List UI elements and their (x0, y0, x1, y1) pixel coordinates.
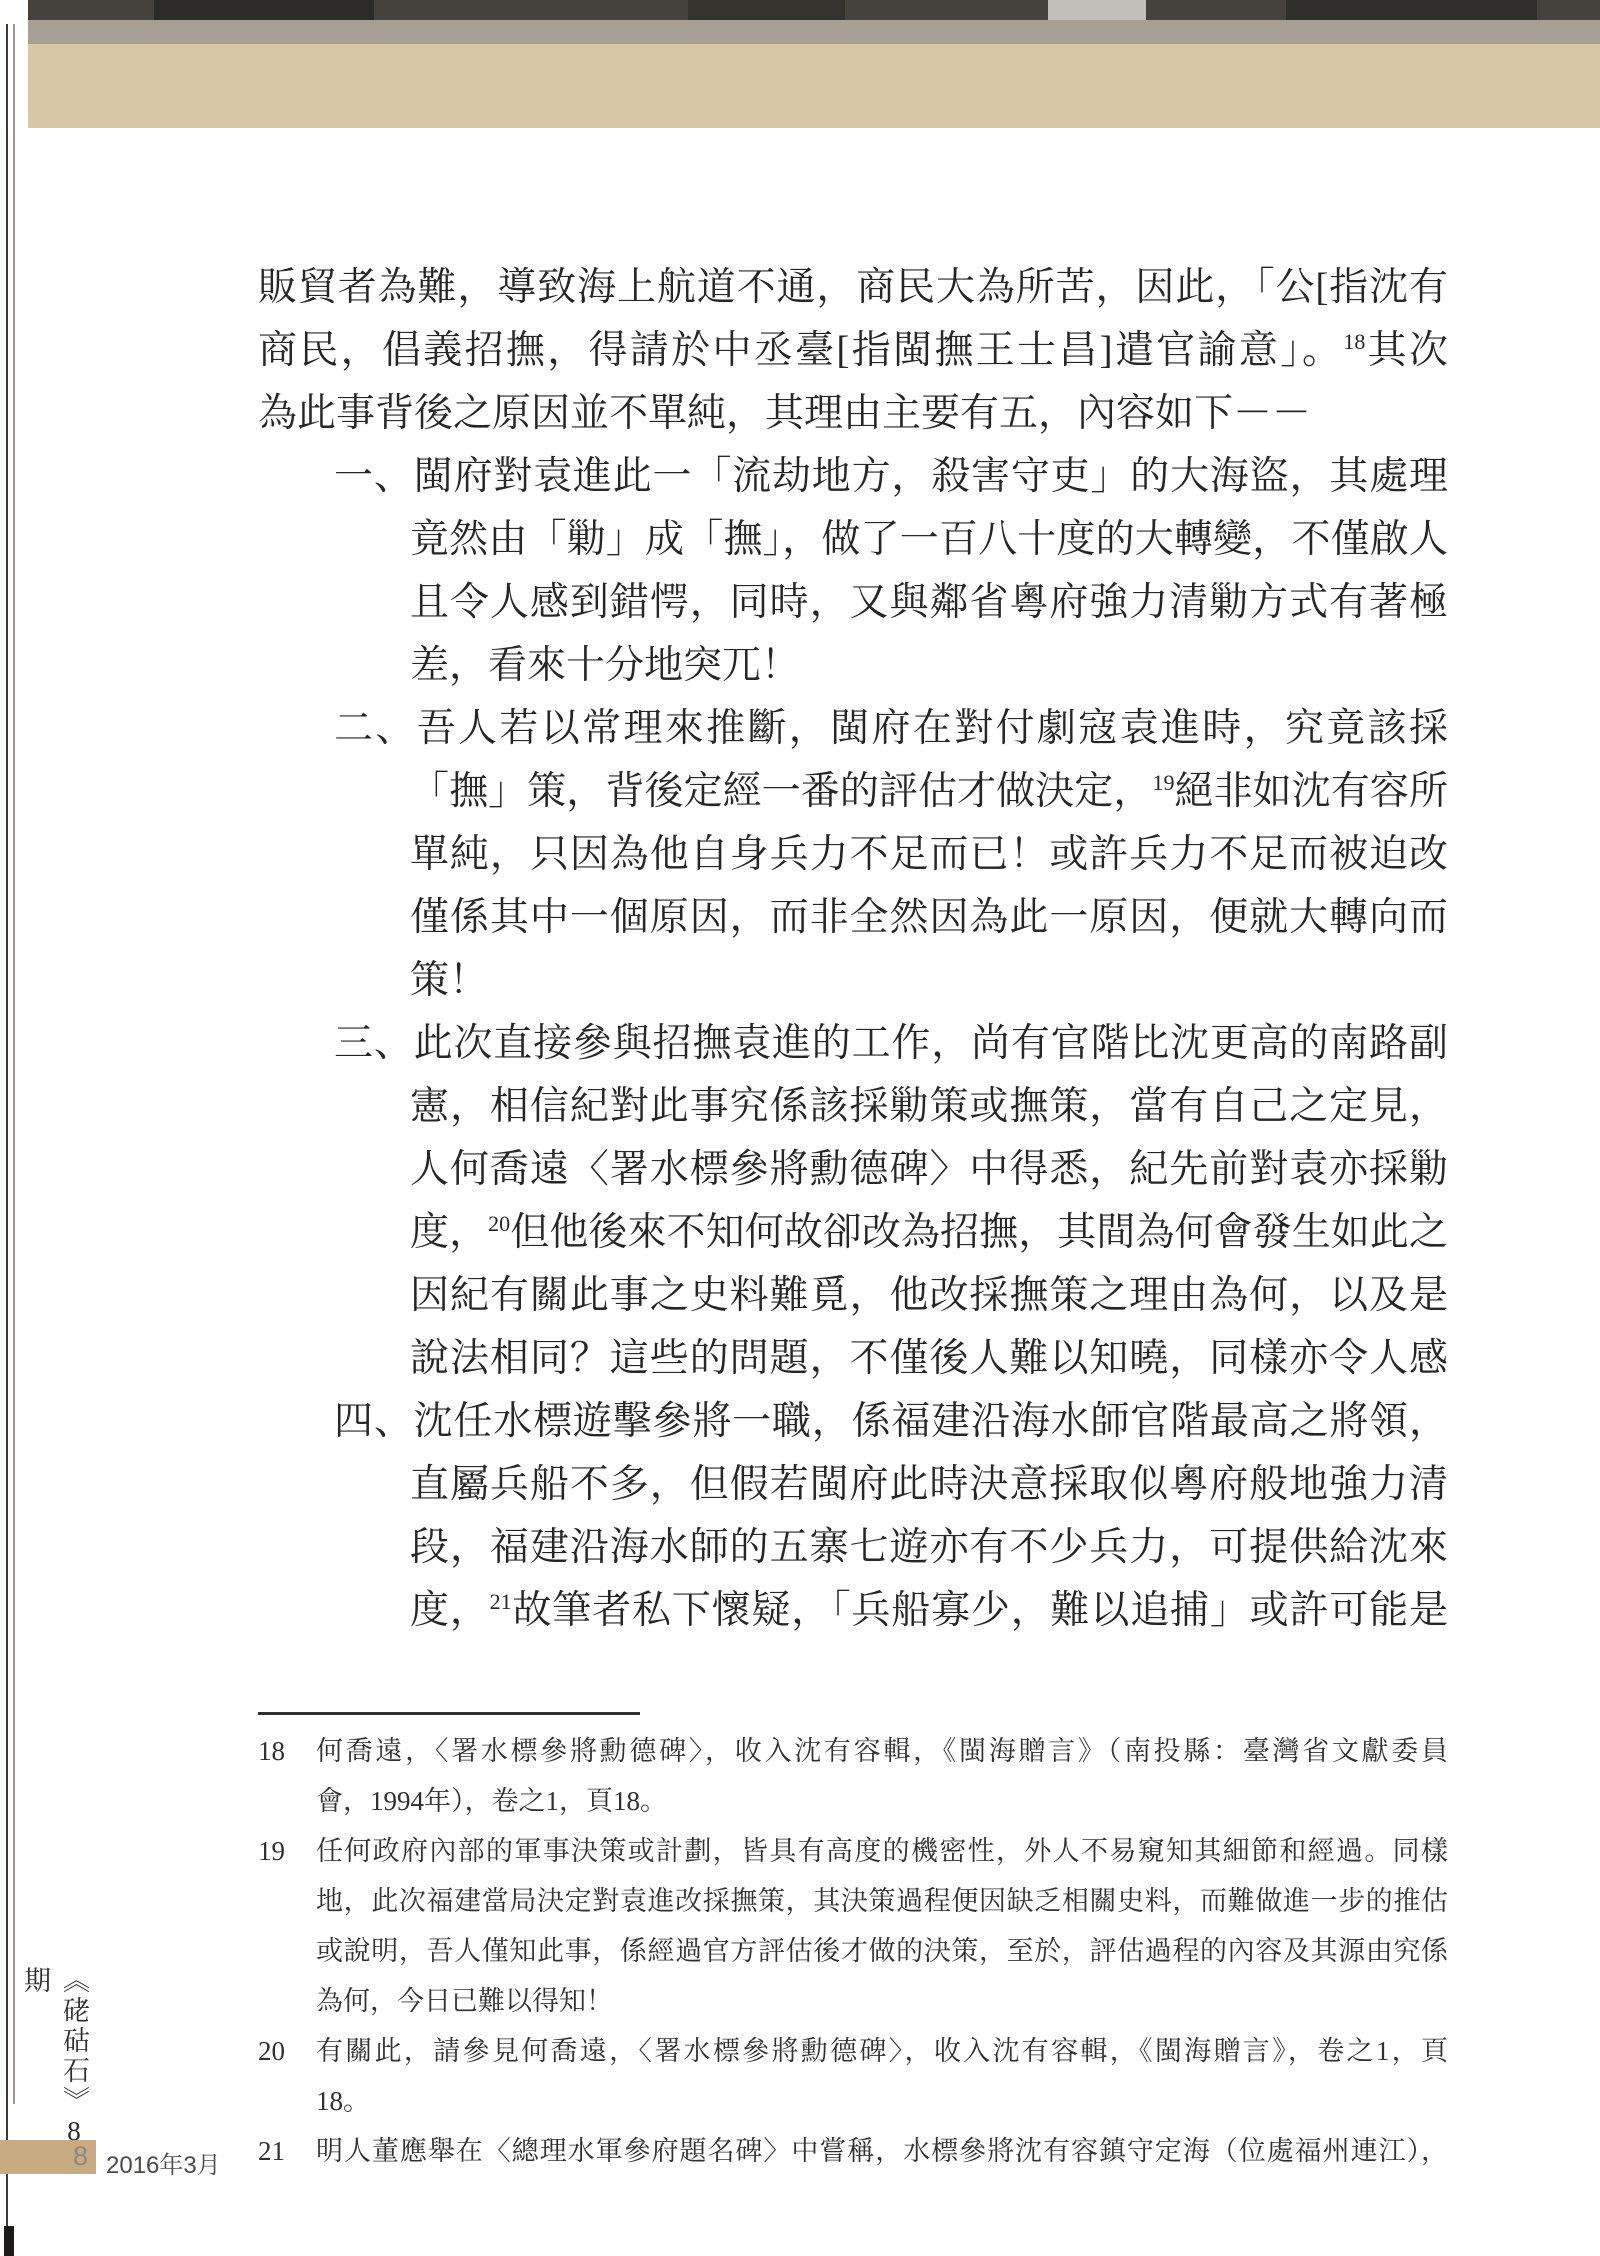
list-item-1-line: 一、閩府對袁進此一「流劫地方，殺害守吏」的大海盜，其處理之態度， (258, 445, 1448, 508)
list-item-3-line: 三、此次直接參與招撫袁進的工作，尚有官階比沈更高的南路副將紀元 (258, 1012, 1448, 1075)
footnote-line: 為何，今日已難以得知！ (258, 1976, 1448, 2026)
footnote-ref-18: 18 (1343, 329, 1365, 354)
footnote-line: 19任何政府內部的軍事決策或計劃，皆具有高度的機密性，外人不易窺知其細節和經過。… (258, 1826, 1448, 1876)
footnote-number: 19 (258, 1826, 285, 1876)
issue-date: 2016年3月 (106, 2145, 221, 2180)
footnote-line: 或說明，吾人僅知此事，係經過官方評估後才做的決策，至於，評估過程的內容及其源由究… (258, 1926, 1448, 1976)
list-item-3-line: 人何喬遠〈署水標參將勳德碑〉中得悉，紀先前對袁亦採勦攻的態 (258, 1138, 1448, 1201)
list-item-2-line: 僅係其中一個原因，而非全然因為此一原因，便就大轉向而改採撫 (258, 886, 1448, 949)
footnote-number: 20 (258, 2026, 285, 2076)
footnote-line: 18何喬遠，〈署水標參將勳德碑〉，收入沈有容輯，《閩海贈言》（南投縣：臺灣省文獻… (258, 1726, 1448, 1776)
footnote-ref-19: 19 (1152, 770, 1174, 795)
footnotes-block: 18何喬遠，〈署水標參將勳德碑〉，收入沈有容輯，《閩海贈言》（南投縣：臺灣省文獻… (258, 1726, 1448, 2176)
scan-left-line (6, 24, 8, 2256)
scan-dark-patch (154, 0, 374, 20)
footnote-line: 地，此次福建當局決定對袁進改採撫策，其決策過程便因缺乏相關史料，而難做進一步的推… (258, 1876, 1448, 1926)
scan-top-edge-gap (1048, 0, 1146, 20)
footnote-ref-21: 21 (490, 1589, 512, 1614)
footnote-number: 21 (258, 2126, 285, 2176)
scan-left-line-faint (13, 24, 15, 2104)
list-item-3-line: 度，20但他後來不知何故卻改為招撫，其間為何會發生如此之變化？然 (258, 1201, 1448, 1264)
footnote-separator (258, 1712, 640, 1715)
footnote-ref-20: 20 (488, 1211, 510, 1236)
footnote-line: 會，1994年），卷之1，頁18。 (258, 1776, 1448, 1826)
list-item-1-line: 竟然由「勦」成「撫」，做了一百八十度的大轉變，不僅啟人疑竇， (258, 508, 1448, 571)
footnote-line: 18。 (258, 2076, 1448, 2126)
list-item-2-line: 「撫」策，背後定經一番的評估才做決定，19絕非如沈有容所稱的那麼 (258, 760, 1448, 823)
list-item-2-line: 二、吾人若以常理來推斷，閩府在對付劇寇袁進時，究竟該採「勦」或 (258, 697, 1448, 760)
scan-dark-patch (1286, 0, 1538, 20)
scan-tan-band (28, 44, 1600, 128)
main-text-block: 販貿者為難，導致海上航道不通，商民大為所苦，因此，「公[指沈有容]思造命 商民，… (258, 256, 1448, 1642)
list-item-4-line: 四、沈任水標遊擊參將一職，係福建沿海水師官階最高之將領，雖然轄下 (258, 1390, 1448, 1453)
footnote-number: 18 (258, 1726, 285, 1776)
footnote-line: 21明人董應舉在〈總理水軍參府題名碑〉中嘗稱，水標參將沈有容鎮守定海（位處福州連… (258, 2126, 1448, 2176)
footnote-line: 20有關此，請參見何喬遠，〈署水標參將勳德碑〉，收入沈有容輯，《閩海贈言》，卷之… (258, 2026, 1448, 2076)
page-number: 8 (73, 2141, 88, 2172)
list-item-1-line: 差，看來十分地突兀！ (258, 634, 1448, 697)
body-line: 為此事背後之原因並不單純，其理由主要有五，內容如下－－ (258, 382, 1448, 445)
body-line: 販貿者為難，導致海上航道不通，商民大為所苦，因此，「公[指沈有容]思造命 (258, 256, 1448, 319)
scanned-journal-page: 販貿者為難，導致海上航道不通，商民大為所苦，因此，「公[指沈有容]思造命 商民，… (0, 0, 1600, 2256)
scan-top-edge (28, 0, 1600, 20)
body-line: 商民，倡義招撫，得請於中丞臺[指閩撫王士昌]遣官諭意」。18其次是，個人認 (258, 319, 1448, 382)
list-item-4-line: 直屬兵船不多，但假若閩府此時決意採取似粵府般地強力清勦之手 (258, 1453, 1448, 1516)
list-item-3-line: 因紀有關此事之史料難覓，他改採撫策之理由為何，以及是否與沈的 (258, 1264, 1448, 1327)
scan-gray-strip (28, 20, 1600, 44)
list-item-3-line: 說法相同？這些的問題，不僅後人難以知曉，同樣亦令人感到納悶！ (258, 1327, 1448, 1390)
list-item-1-line: 且令人感到錯愕，同時，又與鄰省粵府強力清勦方式有著極大的反 (258, 571, 1448, 634)
list-item-2-line: 策！ (258, 949, 1448, 1012)
scan-corner-mark (4, 2226, 14, 2256)
list-item-2-line: 單純，只因為他自身兵力不足而已！或許兵力不足而被迫改採撫策， (258, 823, 1448, 886)
list-item-3-line: 憲，相信紀對此事究係該採勦策或撫策，當有自己之定見，吾人由明 (258, 1075, 1448, 1138)
list-item-4-line: 度，21故筆者私下懷疑，「兵船寡少，難以追捕」或許可能是沈不願勦 (258, 1579, 1448, 1642)
page-number-block: 8 (0, 2140, 96, 2174)
scan-dark-patch (688, 0, 845, 20)
list-item-4-line: 段，福建沿海水師的五寨七遊亦有不少兵力，可提供給沈來差遣調 (258, 1516, 1448, 1579)
